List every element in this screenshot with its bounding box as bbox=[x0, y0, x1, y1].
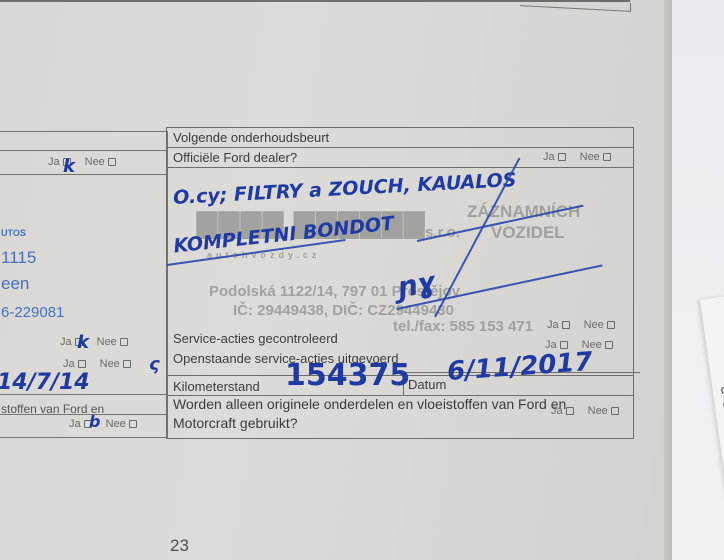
ja-label: Ja bbox=[63, 358, 75, 370]
date-label: Datum bbox=[408, 377, 446, 392]
official-dealer-row: Officiële Ford dealer? JaNee bbox=[167, 147, 633, 168]
next-service-row: Volgende onderhoudsbeurt bbox=[167, 128, 633, 148]
lf-dealer-checkbox[interactable]: JaNee bbox=[48, 156, 116, 168]
signature: ɲɣ bbox=[394, 265, 440, 305]
parts-label-line1: Worden alleen originele onderdelen en vl… bbox=[173, 396, 566, 412]
nee-label: Nee bbox=[580, 151, 600, 163]
checkbox-icon[interactable] bbox=[603, 153, 611, 161]
nee-label: Nee bbox=[97, 336, 117, 348]
parts-label-line2: Motorcraft gebruikt? bbox=[173, 415, 298, 431]
checkmark-icon: k bbox=[63, 156, 75, 177]
parts-checkbox[interactable]: JaNee bbox=[551, 405, 619, 417]
checkbox-icon[interactable] bbox=[123, 360, 131, 368]
next-service-label: Volgende onderhoudsbeurt bbox=[173, 130, 329, 145]
lf-header-row bbox=[0, 132, 167, 151]
checkmark-icon: ς bbox=[149, 354, 160, 375]
stamp-line: 6-229081 bbox=[1, 304, 64, 321]
ja-label: Ja bbox=[60, 336, 72, 348]
backdrop bbox=[672, 0, 724, 560]
ja-label: Ja bbox=[69, 418, 81, 430]
checkbox-icon[interactable] bbox=[129, 420, 137, 428]
nee-label: Nee bbox=[584, 319, 604, 331]
stamp-right-bottom: VOZIDEL bbox=[491, 223, 565, 243]
checkbox-icon[interactable] bbox=[611, 407, 619, 415]
nee-label: Nee bbox=[106, 418, 126, 430]
page-edge bbox=[664, 0, 672, 560]
official-dealer-label: Officiële Ford dealer? bbox=[173, 150, 297, 165]
handwritten-date: 14/7/14 bbox=[0, 370, 90, 395]
checkbox-icon[interactable] bbox=[120, 338, 128, 346]
service-actions-checkbox[interactable]: JaNee bbox=[547, 319, 615, 331]
checkbox-icon[interactable] bbox=[78, 360, 86, 368]
ja-label: Ja bbox=[543, 151, 555, 163]
nee-label: Nee bbox=[85, 156, 105, 168]
service-entry-form: Volgende onderhoudsbeurt Officiële Ford … bbox=[166, 127, 634, 439]
mileage-label: Kilometerstand bbox=[173, 379, 260, 394]
mileage-value[interactable]: 154375 bbox=[285, 358, 410, 393]
service-actions-label: Service-acties gecontroleerd bbox=[173, 331, 338, 346]
handwritten-note: O.cy; FILTRY a ZOUCH, KAUALOS bbox=[173, 169, 517, 209]
adjacent-line: D bbox=[713, 334, 724, 353]
ja-label: Ja bbox=[547, 319, 559, 331]
lf-dealer-row: JaNee bbox=[0, 150, 167, 175]
previous-service-entry: JaNee k UTOS 1115 een 6-229081 JaNee k J… bbox=[0, 131, 168, 438]
lf-service-actions-checkbox[interactable]: JaNee bbox=[60, 336, 128, 348]
stamp-line: een bbox=[1, 274, 29, 294]
ja-label: Ja bbox=[551, 405, 563, 417]
checkbox-icon[interactable] bbox=[607, 321, 615, 329]
stamp-line: 1115 bbox=[1, 248, 36, 268]
lf-parts-checkbox[interactable]: JaNee bbox=[69, 418, 137, 430]
ja-label: Ja bbox=[48, 156, 60, 168]
official-dealer-checkbox[interactable]: JaNee bbox=[543, 151, 611, 163]
stamp-line: UTOS bbox=[1, 228, 26, 238]
nee-label: Nee bbox=[588, 405, 608, 417]
checkbox-icon[interactable] bbox=[605, 341, 613, 349]
checkmark-icon: k bbox=[77, 332, 89, 353]
page-number: 23 bbox=[170, 536, 189, 556]
checkbox-icon[interactable] bbox=[566, 407, 574, 415]
checkbox-icon[interactable] bbox=[562, 321, 570, 329]
checkbox-icon[interactable] bbox=[108, 158, 116, 166]
checkbox-icon[interactable] bbox=[558, 153, 566, 161]
checkmark-icon: b bbox=[89, 412, 100, 431]
parts-row: Worden alleen originele onderdelen en vl… bbox=[167, 395, 633, 437]
lf-open-actions-checkbox[interactable]: JaNee bbox=[63, 358, 131, 370]
nee-label: Nee bbox=[100, 358, 120, 370]
service-actions-row: Service-acties gecontroleerd JaNee JaNee bbox=[167, 327, 633, 349]
